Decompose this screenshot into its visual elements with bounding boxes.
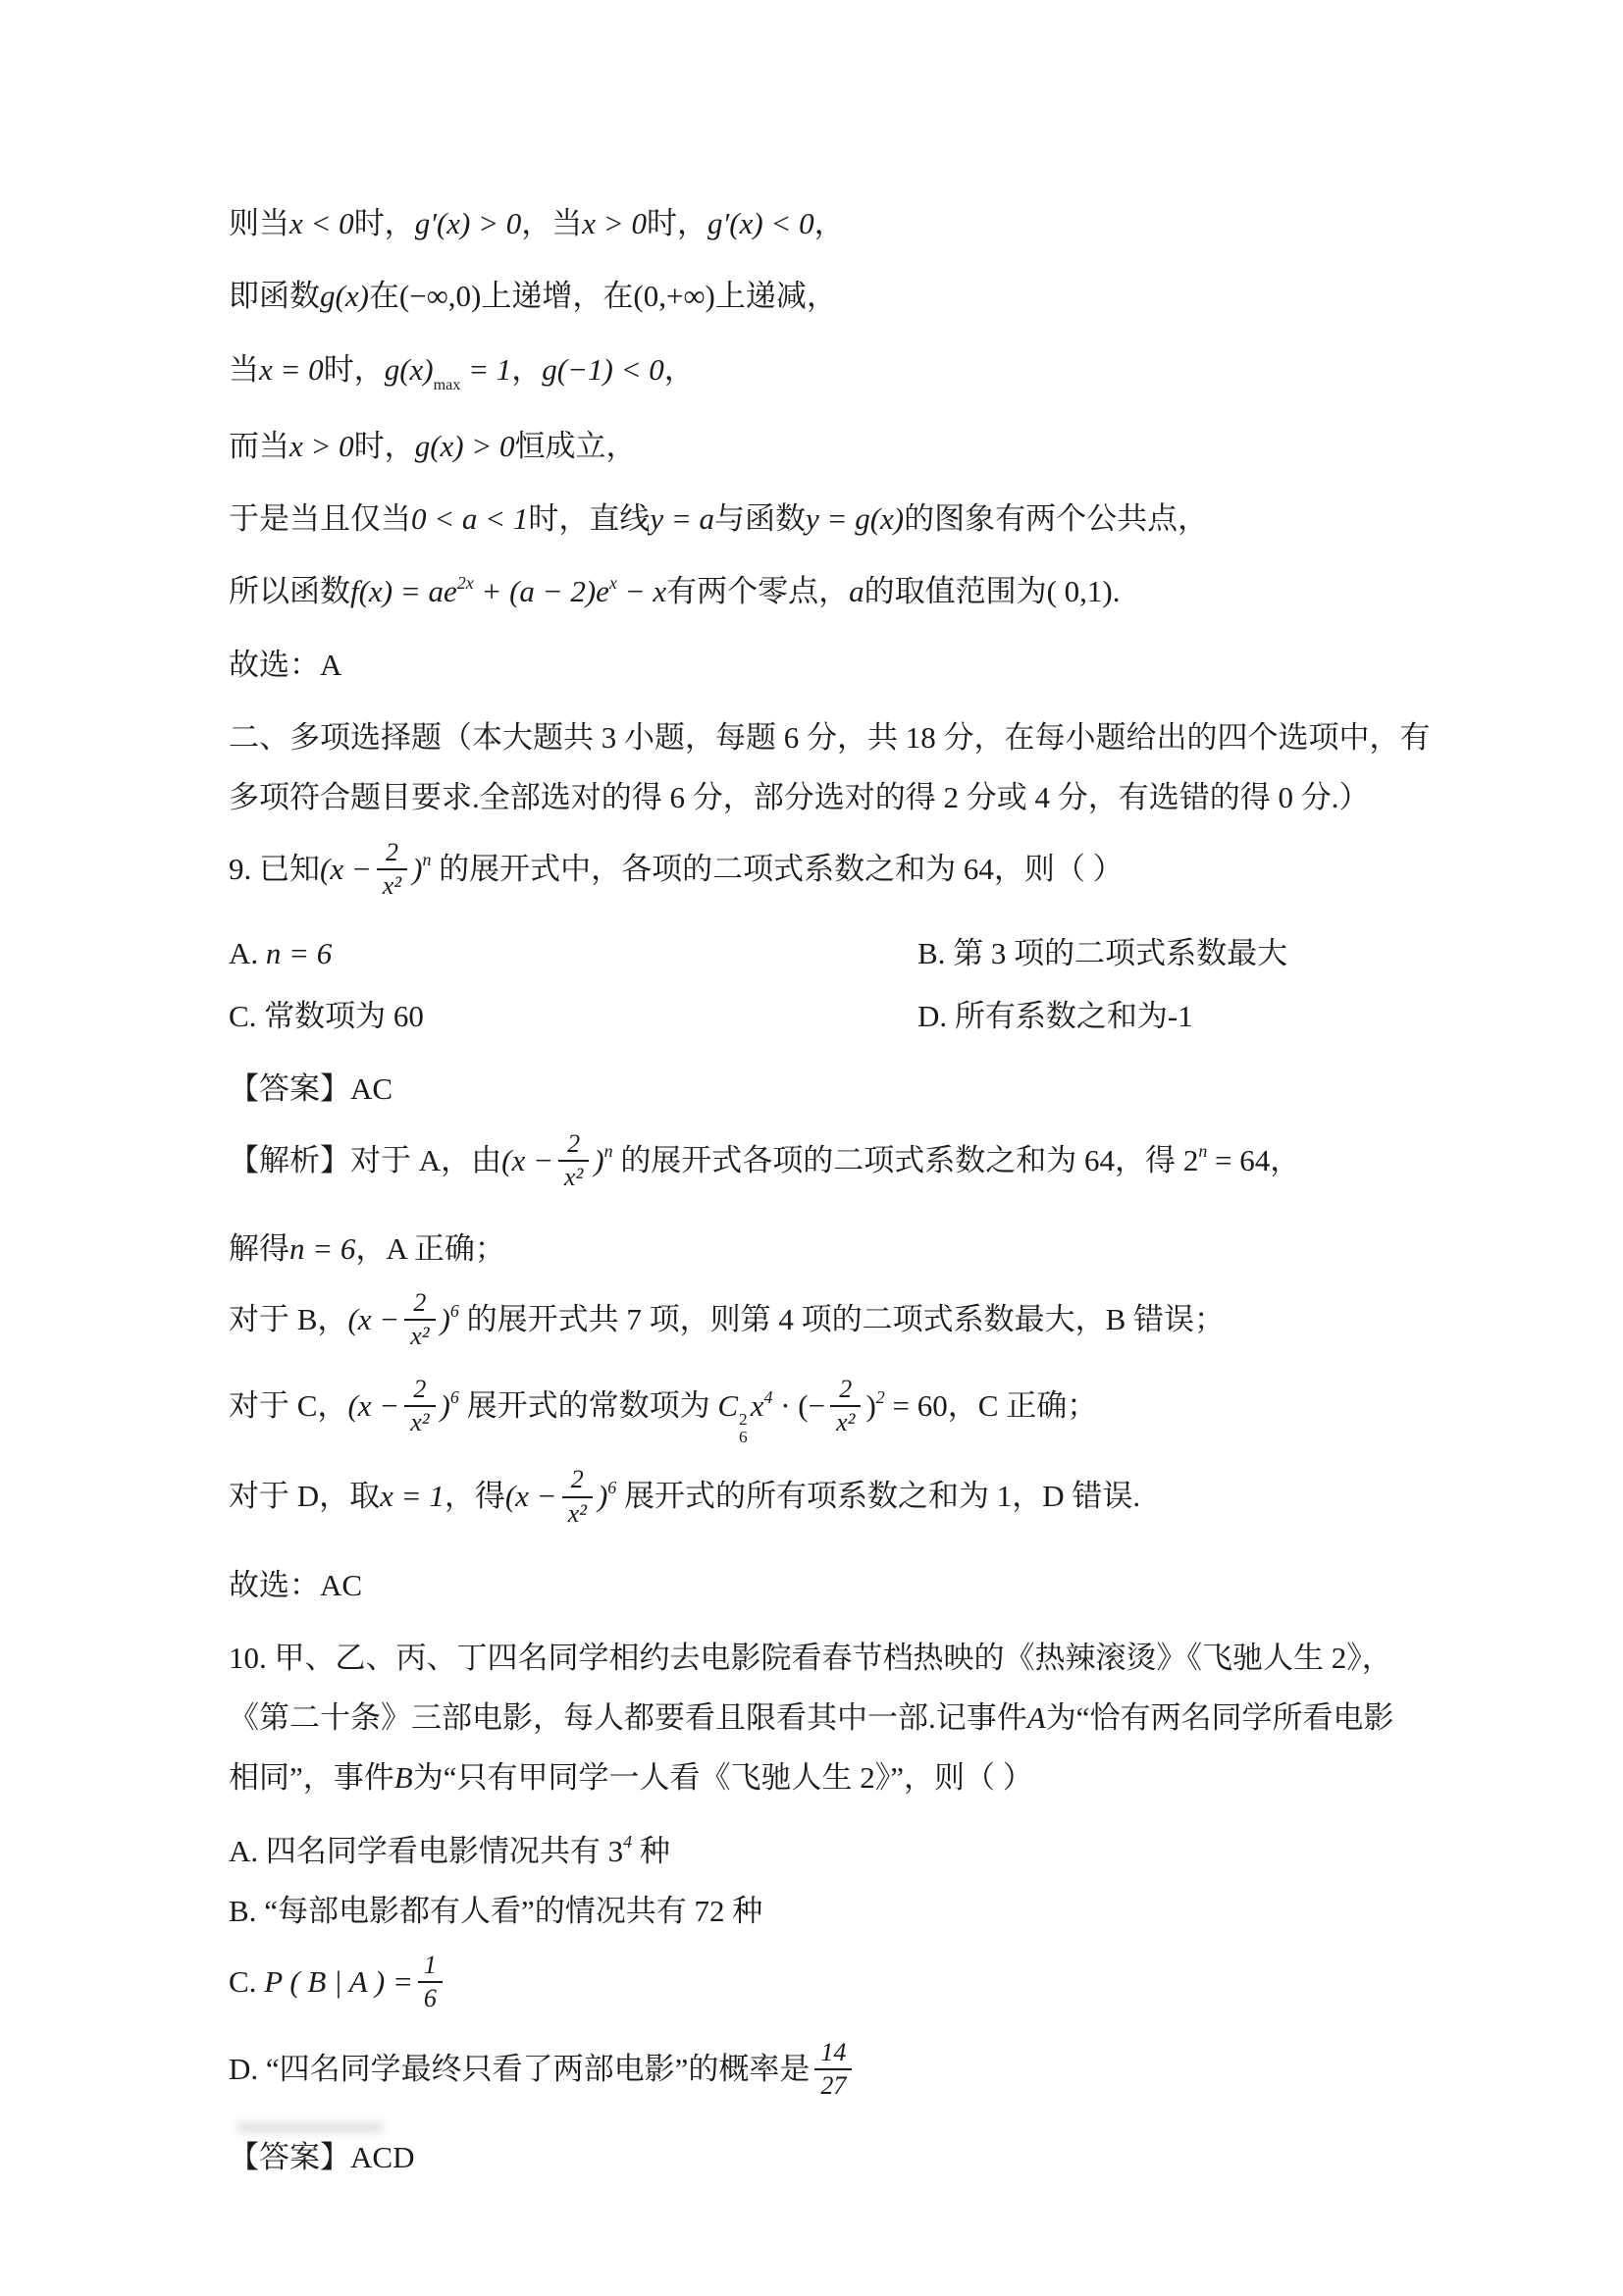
fraction-denominator: x²	[830, 1405, 861, 1436]
q9-analysis-a: 【解析】对于 A，由(x −2x²)n 的展开式各项的二项式系数之和为 64，得…	[229, 1131, 1455, 1196]
q8-solution-line-3: 当x = 0时，g(x)max = 1，g(−1) < 0，	[229, 350, 1455, 393]
math-segment: g(x) > 0	[415, 429, 515, 463]
text-segment: 为“只有甲同学一人看《飞驰人生 2》”，则（ ）	[413, 1760, 1033, 1795]
math-segment: x > 0	[289, 429, 354, 463]
combination-scripts: 26	[739, 1411, 748, 1445]
q9-option-c: C. 常数项为 60	[229, 997, 917, 1036]
watermark-smudge	[236, 2121, 384, 2134]
text-segment: ，	[814, 206, 845, 240]
superscript: n	[422, 850, 431, 869]
math-upright-segment: C.	[229, 1965, 264, 2000]
exam-page: 则当x < 0时，g′(x) > 0，当x > 0时，g′(x) < 0，即函数…	[0, 0, 1623, 2296]
superscript: n	[604, 1141, 613, 1161]
math-upright-segment: AC	[320, 1568, 362, 1602]
math-upright-segment: 3	[608, 1834, 624, 1868]
text-segment: 【答案】	[229, 1071, 350, 1106]
text-segment: 展开式的常数项为	[459, 1388, 718, 1423]
math-upright-segment: )	[865, 1388, 875, 1423]
q9-option-d: D. 所有系数之和为-1	[917, 997, 1455, 1036]
fraction-denominator: 27	[814, 2068, 852, 2100]
superscript: 2	[876, 1387, 885, 1407]
text-segment: 的展开式共 7 项，则第 4 项的二项式系数最大，B 错误；	[459, 1302, 1225, 1336]
text-segment: 《第二十条》三部电影，每人都要看且限看其中一部.记事件	[229, 1700, 1027, 1735]
math-upright-segment: = 60	[885, 1388, 948, 1423]
text-segment: 则当	[229, 206, 289, 240]
math-upright-segment: · (−	[772, 1388, 825, 1423]
math-segment: + (a − 2)e	[474, 574, 609, 608]
superscript: x	[609, 573, 617, 593]
q9-analysis-a-2: 解得n = 6，A 正确；	[229, 1229, 1455, 1269]
question-10-stem-line-1: 10. 甲、乙、丙、丁四名同学相约去电影院看春节档热映的《热辣滚烫》《飞驰人生 …	[229, 1639, 1455, 1678]
fraction-denominator: 6	[418, 1981, 443, 2012]
section2-heading-line-2: 多项符合题目要求.全部选对的得 6 分，部分选对的得 2 分或 4 分，有选错的…	[229, 778, 1455, 817]
math-segment: )	[441, 1388, 450, 1423]
fraction: 16	[418, 1952, 443, 2012]
fraction-numerator: 2	[404, 1289, 435, 1319]
q10-option-a: A. 四名同学看电影情况共有 34 种	[229, 1832, 1455, 1871]
combination-subscript: 6	[739, 1429, 748, 1446]
math-segment: n = 6	[289, 1231, 355, 1266]
math-segment: x = 1	[380, 1480, 445, 1514]
fraction: 2x²	[562, 1466, 593, 1527]
text-segment: 上递减，	[715, 279, 837, 313]
text-segment: ，当	[521, 206, 582, 240]
text-segment: 时，	[354, 429, 415, 463]
math-segment: x > 0	[582, 206, 647, 240]
text-segment: 有两个零点，	[666, 574, 849, 608]
math-upright-segment: = 64	[1207, 1143, 1270, 1177]
question-9-stem: 9. 已知(x −2x²)n 的展开式中，各项的二项式系数之和为 64，则（ ）	[229, 840, 1455, 905]
text-segment: 的展开式中，各项的二项式系数之和为 64，则（ ）	[431, 852, 1123, 886]
math-upright-segment: ( 0,1).	[1047, 574, 1121, 608]
superscript: 2x	[457, 573, 474, 593]
section2-heading-line-1: 二、多项选择题（本大题共 3 小题，每题 6 分，共 18 分，在每小题给出的四…	[229, 718, 1455, 757]
superscript: 6	[607, 1478, 616, 1497]
q8-solution-line-6: 所以函数f(x) = ae2x + (a − 2)ex − x有两个零点，a的取…	[229, 572, 1455, 611]
math-upright-segment: AC	[350, 1071, 393, 1106]
math-segment: y = a	[650, 501, 714, 536]
math-segment: P ( B | A ) =	[264, 1965, 413, 2000]
text-segment: 时，直线	[528, 501, 650, 536]
math-segment: )	[598, 1480, 607, 1514]
fraction-numerator: 2	[562, 1466, 593, 1495]
text-segment: 10. 甲、乙、丙、丁四名同学相约去电影院看春节档热映的《热辣滚烫》《飞驰人生 …	[229, 1641, 1392, 1675]
q9-option-a: A. n = 6	[229, 934, 917, 973]
math-segment: )	[412, 852, 422, 886]
question-10-stem-line-2: 《第二十条》三部电影，每人都要看且限看其中一部.记事件A为“恰有两名同学所看电影	[229, 1698, 1455, 1738]
math-upright-segment: 2	[1176, 1143, 1198, 1177]
text-segment: 所有系数之和为-1	[955, 999, 1193, 1033]
text-segment: 展开式的所有项系数之和为 1，D 错误.	[616, 1480, 1140, 1514]
text-segment: 二、多项选择题（本大题共 3 小题，每题 6 分，共 18 分，在每小题给出的四…	[229, 720, 1431, 755]
math-upright-segment: B.	[229, 1894, 264, 1928]
math-segment: (x −	[347, 1388, 399, 1423]
q10-option-c: C. P ( B | A ) =16	[229, 1953, 1455, 2017]
math-segment: = 1	[460, 352, 511, 387]
fraction-denominator: x²	[377, 868, 407, 900]
math-segment: x = 0	[259, 352, 324, 387]
math-upright-segment: B.	[917, 936, 953, 970]
q9-analysis-b: 对于 B，(x −2x²)6 的展开式共 7 项，则第 4 项的二项式系数最大，…	[229, 1290, 1455, 1355]
text-segment: 常数项为 60	[264, 999, 424, 1033]
math-upright-segment: A	[320, 648, 341, 682]
superscript: 4	[764, 1387, 773, 1407]
math-segment: g(−1) < 0	[542, 352, 663, 387]
math-segment: (x −	[320, 852, 372, 886]
combination-base: C	[717, 1388, 738, 1423]
q9-options-row-1: A. n = 6B. 第 3 项的二项式系数最大	[229, 934, 1455, 973]
text-segment: 与函数	[714, 501, 806, 536]
math-segment: (x −	[501, 1143, 553, 1177]
text-segment: ，C 正确；	[948, 1388, 1097, 1423]
text-segment: 对于 C，	[229, 1388, 347, 1423]
math-segment: y = g(x)	[806, 501, 904, 536]
fraction-denominator: x²	[404, 1319, 435, 1350]
math-segment: − x	[617, 574, 666, 608]
subscript: max	[434, 377, 461, 393]
q9-options-row-2: C. 常数项为 60D. 所有系数之和为-1	[229, 997, 1455, 1036]
q8-answer-choice: 故选：A	[229, 646, 1455, 685]
math-segment: x	[751, 1388, 764, 1423]
text-segment: “四名同学最终只看了两部电影”的概率是	[266, 2052, 811, 2086]
text-segment: 的取值范围为	[864, 574, 1047, 608]
text-segment: “每部电影都有人看”的情况共有 72 种	[264, 1894, 762, 1928]
text-segment: 即函数	[229, 279, 320, 313]
q8-solution-line-5: 于是当且仅当0 < a < 1时，直线y = a与函数y = g(x)的图象有两…	[229, 499, 1455, 539]
text-segment: 于是当且仅当	[229, 501, 411, 536]
text-segment: ，	[664, 352, 695, 387]
q10-option-d: D. “四名同学最终只看了两部电影”的概率是1427	[229, 2040, 1455, 2105]
q9-answer-choice: 故选：AC	[229, 1566, 1455, 1605]
question-10-stem-line-3: 相同”，事件B为“只有甲同学一人看《飞驰人生 2》”，则（ ）	[229, 1758, 1455, 1798]
text-segment: 第 3 项的二项式系数最大	[953, 936, 1287, 970]
q10-option-b: B. “每部电影都有人看”的情况共有 72 种	[229, 1892, 1455, 1931]
text-segment: 对于 D，取	[229, 1480, 380, 1514]
fraction-numerator: 2	[404, 1376, 435, 1405]
fraction-denominator: x²	[404, 1405, 435, 1436]
text-segment: 时，	[354, 206, 415, 240]
text-segment: 的展开式各项的二项式系数之和为 64，得	[613, 1143, 1177, 1177]
superscript: n	[1198, 1141, 1207, 1161]
fraction-numerator: 1	[418, 1952, 443, 1981]
text-segment: 当	[229, 352, 259, 387]
math-segment: )	[441, 1302, 450, 1336]
combination-symbol: C26	[717, 1386, 750, 1445]
fraction: 2x²	[830, 1376, 861, 1436]
math-segment: (x −	[505, 1480, 557, 1514]
math-upright-segment: (0,+∞)	[633, 279, 714, 313]
text-segment: 9. 已知	[229, 852, 320, 886]
text-segment: 恒成立，	[515, 429, 637, 463]
text-segment: 为“恰有两名同学所看电影	[1046, 1700, 1394, 1735]
math-segment: f(x) = ae	[350, 574, 457, 608]
fraction-denominator: x²	[562, 1496, 593, 1528]
math-segment: g(x)	[320, 279, 369, 313]
document-body: 则当x < 0时，g′(x) > 0，当x > 0时，g′(x) < 0，即函数…	[229, 204, 1455, 2177]
text-segment: 而当	[229, 429, 289, 463]
math-upright-segment: A.	[229, 1834, 266, 1868]
fraction: 2x²	[558, 1130, 589, 1191]
text-segment: 故选：	[229, 1568, 320, 1602]
math-upright-segment: D.	[229, 2052, 266, 2086]
superscript: 6	[450, 1301, 459, 1321]
text-segment: 对于 B，	[229, 1302, 347, 1336]
text-segment: 相同”，事件	[229, 1760, 394, 1795]
combination-superscript: 2	[739, 1411, 748, 1429]
fraction-numerator: 2	[558, 1130, 589, 1160]
math-segment: (x −	[347, 1302, 399, 1336]
superscript: 6	[450, 1387, 459, 1407]
math-segment: g′(x) > 0	[415, 206, 522, 240]
math-segment: )	[594, 1143, 603, 1177]
text-segment: 种	[632, 1834, 670, 1868]
text-segment: 解得	[229, 1231, 289, 1266]
text-segment: 上递增，在	[481, 279, 633, 313]
math-upright-segment: A.	[229, 936, 266, 970]
math-segment: g(x)	[385, 352, 434, 387]
text-segment: ，	[1270, 1143, 1300, 1177]
q10-answer: 【答案】ACD	[229, 2138, 1455, 2177]
fraction: 2x²	[377, 839, 407, 900]
fraction-numerator: 2	[377, 839, 407, 868]
text-segment: 多项符合题目要求.全部选对的得 6 分，部分选对的得 2 分或 4 分，有选错的…	[229, 780, 1370, 814]
superscript: 4	[623, 1832, 632, 1852]
q8-solution-line-2: 即函数g(x)在(−∞,0)上递增，在(0,+∞)上递减，	[229, 277, 1455, 316]
math-segment: a	[849, 574, 864, 608]
math-segment: x < 0	[289, 206, 354, 240]
text-segment: ，A 正确；	[355, 1231, 504, 1266]
q9-option-b: B. 第 3 项的二项式系数最大	[917, 934, 1455, 973]
math-segment: g′(x) < 0	[707, 206, 814, 240]
fraction-numerator: 2	[830, 1376, 861, 1405]
fraction-denominator: x²	[558, 1160, 589, 1191]
text-segment: 的图象有两个公共点，	[904, 501, 1208, 536]
text-segment: ，得	[445, 1480, 505, 1514]
math-upright-segment: C.	[229, 999, 264, 1033]
q8-solution-line-1: 则当x < 0时，g′(x) > 0，当x > 0时，g′(x) < 0，	[229, 204, 1455, 243]
math-segment: A	[1027, 1700, 1046, 1735]
math-segment: B	[394, 1760, 413, 1795]
text-segment: 四名同学看电影情况共有	[266, 1834, 608, 1868]
text-segment: 时，	[647, 206, 707, 240]
fraction: 2x²	[404, 1376, 435, 1436]
q9-answer: 【答案】AC	[229, 1070, 1455, 1109]
q9-analysis-c: 对于 C，(x −2x²)6 展开式的常数项为 C26x4 · (−2x²)2 …	[229, 1377, 1455, 1445]
fraction-numerator: 14	[814, 2039, 852, 2068]
math-segment: n = 6	[266, 936, 332, 970]
text-segment: 在	[369, 279, 399, 313]
math-upright-segment: ACD	[350, 2140, 414, 2174]
text-segment: 所以函数	[229, 574, 350, 608]
fraction: 2x²	[404, 1289, 435, 1350]
q8-solution-line-4: 而当x > 0时，g(x) > 0恒成立，	[229, 427, 1455, 466]
math-upright-segment: (−∞,0)	[399, 279, 481, 313]
fraction: 1427	[814, 2039, 852, 2100]
text-segment: ，	[511, 352, 542, 387]
math-upright-segment: D.	[917, 999, 955, 1033]
text-segment: 【解析】对于 A，由	[229, 1143, 501, 1177]
text-segment: 故选：	[229, 648, 320, 682]
text-segment: 时，	[324, 352, 385, 387]
text-segment: 【答案】	[229, 2140, 350, 2174]
math-segment: 0 < a < 1	[411, 501, 528, 536]
q9-analysis-d: 对于 D，取x = 1，得(x −2x²)6 展开式的所有项系数之和为 1，D …	[229, 1467, 1455, 1532]
